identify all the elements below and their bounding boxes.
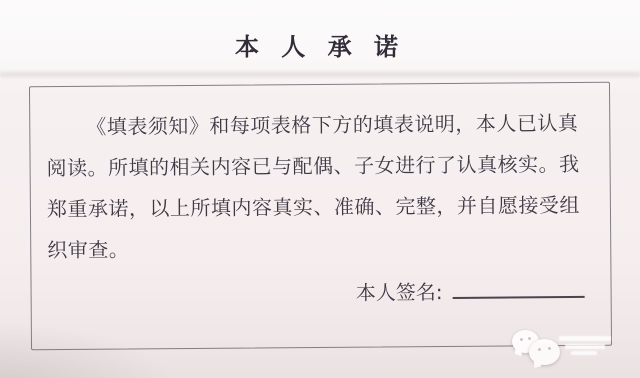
body-line-1: 《填表须知》和每项表格下方的填表说明，本人已认真 xyxy=(46,103,595,148)
signature-label: 本人签名: xyxy=(356,280,443,305)
watermark-smudge-line xyxy=(571,351,597,355)
bubble-eye xyxy=(538,348,541,351)
signature-row: 本人签名: xyxy=(47,275,596,308)
document-photo: 本 人 承 诺 《填表须知》和每项表格下方的填表说明，本人已认真 阅读。所填的相… xyxy=(0,0,640,378)
watermark-dash xyxy=(539,340,552,343)
bubble-eye xyxy=(520,338,523,341)
body-line-2: 阅读。所填的相关内容已与配偶、子女进行了认真核实。我 xyxy=(46,144,595,189)
commitment-paragraph: 《填表须知》和每项表格下方的填表说明，本人已认真 阅读。所填的相关内容已与配偶、… xyxy=(46,103,596,271)
commitment-box: 《填表须知》和每项表格下方的填表说明，本人已认真 阅读。所填的相关内容已与配偶、… xyxy=(29,82,612,351)
paper-crease xyxy=(0,70,640,79)
bubble-eye xyxy=(528,337,531,340)
body-line-4: 织审查。 xyxy=(47,226,596,271)
bubble-eye xyxy=(548,347,551,350)
body-line-3: 郑重承诺，以上所填内容真实、准确、完整，并自愿接受组 xyxy=(47,185,596,230)
form-title: 本 人 承 诺 xyxy=(0,27,640,62)
watermark-smudge-line xyxy=(565,344,605,349)
watermark-text-smudge xyxy=(553,334,615,360)
signature-line xyxy=(453,280,585,299)
watermark-smudge-line xyxy=(559,336,611,341)
